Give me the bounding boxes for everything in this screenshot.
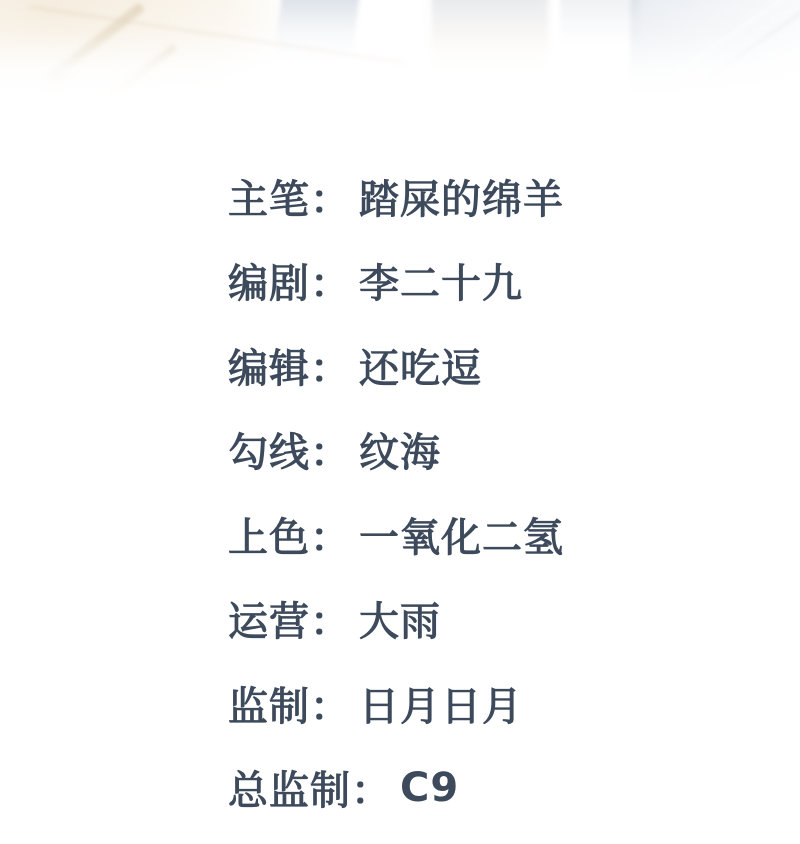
credit-row: 编辑：还吃逗: [0, 323, 800, 408]
credit-separator: ：: [310, 252, 351, 309]
credit-role-label: 上色: [228, 506, 310, 563]
credit-separator: ：: [310, 421, 351, 478]
credit-separator: ：: [310, 590, 351, 647]
credit-separator: ：: [310, 675, 351, 732]
credit-name: 踏屎的绵羊: [359, 168, 564, 225]
credit-role-label: 监制: [228, 675, 310, 732]
credit-name: 大雨: [359, 590, 441, 647]
credit-name: 日月日月: [359, 675, 523, 732]
credit-name: 一氧化二氢: [359, 506, 564, 563]
credit-role-label: 总监制: [228, 759, 351, 816]
credit-name: 纹海: [359, 421, 441, 478]
credit-row: 总监制：C9: [0, 746, 800, 831]
credit-row: 勾线：纹海: [0, 408, 800, 493]
credit-role-label: 主笔: [228, 168, 310, 225]
credit-separator: ：: [310, 506, 351, 563]
credit-row: 运营：大雨: [0, 577, 800, 662]
credit-name: 李二十九: [359, 252, 523, 309]
credit-role-label: 编剧: [228, 252, 310, 309]
credits-list: 主笔：踏屎的绵羊 编剧：李二十九 编辑：还吃逗 勾线：纹海 上色：一氧化二氢 运…: [0, 154, 800, 830]
credit-row: 上色：一氧化二氢: [0, 492, 800, 577]
credit-separator: ：: [310, 168, 351, 225]
header-art: [0, 0, 800, 120]
credit-name: C9: [400, 765, 459, 811]
credit-role-label: 运营: [228, 590, 310, 647]
credit-name: 还吃逗: [359, 337, 482, 394]
credit-row: 监制：日月日月: [0, 661, 800, 746]
comic-credits-page: 主笔：踏屎的绵羊 编剧：李二十九 编辑：还吃逗 勾线：纹海 上色：一氧化二氢 运…: [0, 0, 800, 844]
credit-role-label: 勾线: [228, 421, 310, 478]
credit-separator: ：: [310, 337, 351, 394]
credit-role-label: 编辑: [228, 337, 310, 394]
credit-row: 主笔：踏屎的绵羊: [0, 154, 800, 239]
credit-row: 编剧：李二十九: [0, 239, 800, 324]
white-fade-overlay: [0, 0, 800, 120]
credit-separator: ：: [351, 759, 392, 816]
